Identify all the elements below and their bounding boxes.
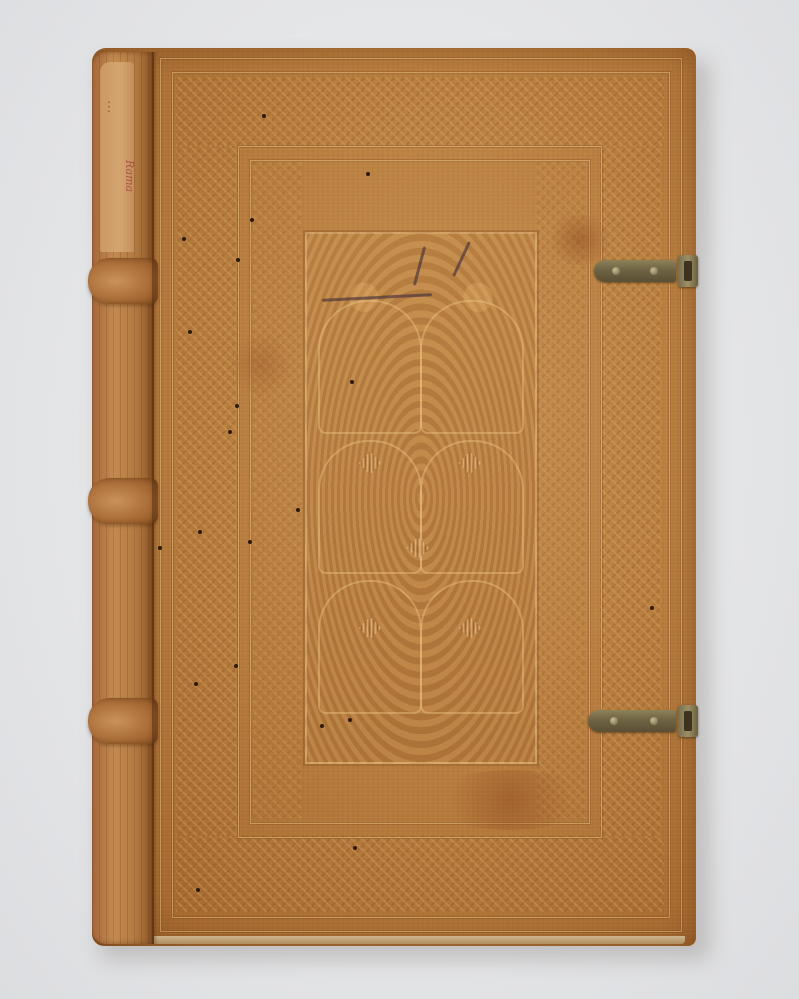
worm-hole [248,540,252,544]
worm-hole [188,330,192,334]
worm-hole [366,172,370,176]
rivet-icon [610,717,618,725]
upper-clasp-catch [678,255,698,287]
stain [430,770,590,830]
spine-inscription-red: Rama [122,160,136,204]
foliate-arch-motif [318,300,422,434]
rivet-icon [612,267,620,275]
worm-hole [353,846,357,850]
raised-band [88,258,158,304]
foliate-arch-motif [318,580,422,714]
worm-hole [350,380,354,384]
worm-hole [182,237,186,241]
worm-hole [348,718,352,722]
worm-hole [320,724,324,728]
rivet-icon [650,267,658,275]
worm-hole [262,114,266,118]
worm-hole [250,218,254,222]
foliate-arch-motif [420,300,524,434]
worm-hole [196,888,200,892]
lower-clasp-catch [678,705,698,737]
worm-hole [650,606,654,610]
worm-hole [158,546,162,550]
foliate-arch-motif [420,580,524,714]
stain [545,215,615,265]
worm-hole [234,664,238,668]
lower-clasp [588,710,676,732]
worm-hole [296,508,300,512]
upper-clasp [594,260,676,282]
top-roll-border [176,76,664,146]
rivet-icon [650,717,658,725]
stain [230,330,290,400]
inner-left-roll [252,162,302,820]
bottom-roll-border [176,836,664,912]
spine-inscription: ... [104,100,120,113]
raised-band [88,698,158,744]
worm-hole [194,682,198,686]
worm-hole [228,430,232,434]
left-roll-border [176,146,238,836]
raised-band [88,478,158,524]
worm-hole [235,404,239,408]
worm-hole [198,530,202,534]
worm-hole [236,258,240,262]
spine-joint [152,52,158,944]
page-edges [150,936,685,944]
spine-label [100,62,134,252]
